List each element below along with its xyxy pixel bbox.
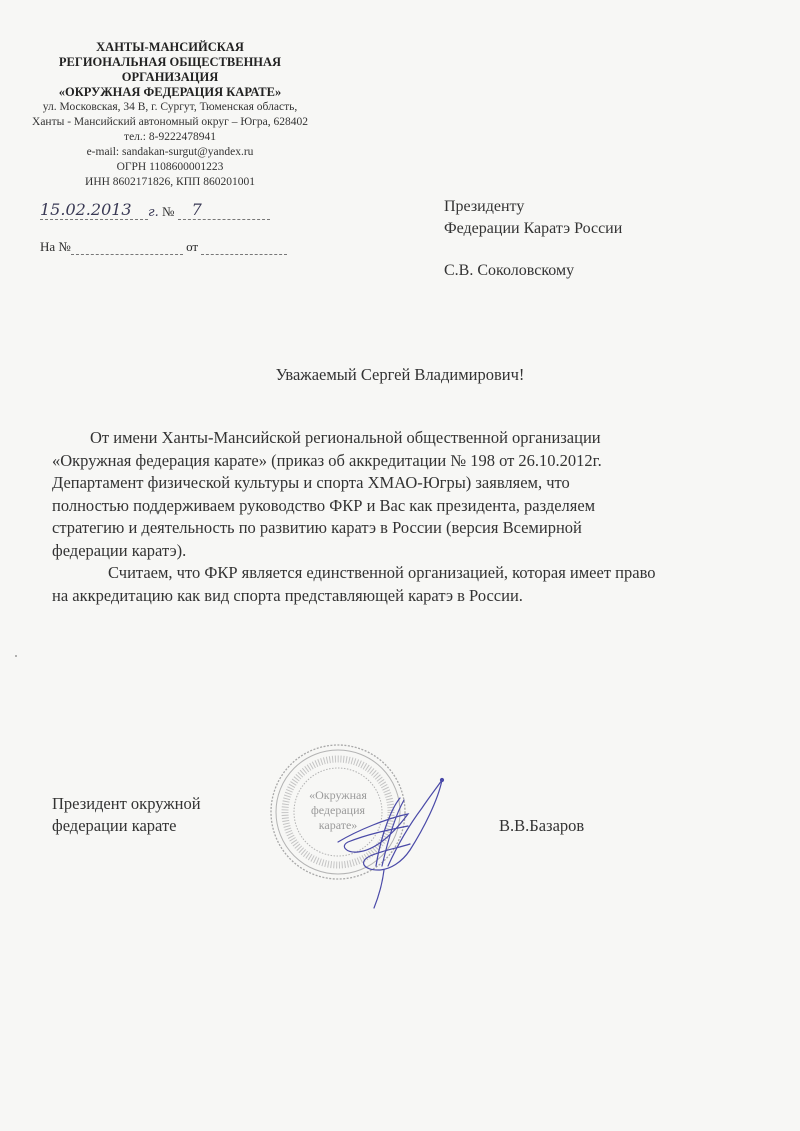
outgoing-number-field: 7 [178,200,270,220]
signatory-title: Президент окружной федерации карате [52,793,201,837]
body-line: От имени Ханты-Мансийской региональной о… [52,427,752,450]
body-line: на аккредитацию как вид спорта представл… [52,585,752,608]
outgoing-number: 7 [192,200,202,219]
org-name-line-1: ХАНТЫ-МАНСИЙСКАЯ [10,40,330,55]
incoming-number-label: На № [40,239,71,254]
year-suffix: г. [148,205,159,220]
recipient-name: С.В. Соколовскому [444,260,622,282]
phone: тел.: 8-9222478941 [10,130,330,145]
salutation: Уважаемый Сергей Владимирович! [0,365,800,385]
body-line: стратегию и деятельность по развитию кар… [52,517,752,540]
ogrn: ОГРН 1108600001223 [10,160,330,175]
outgoing-number-label: № [162,204,174,219]
incoming-from-label: от [186,239,198,254]
letterhead: ХАНТЫ-МАНСИЙСКАЯ РЕГИОНАЛЬНАЯ ОБЩЕСТВЕНН… [10,40,330,190]
recipient-position: Президенту [444,196,622,218]
body-line: федерации каратэ). [52,540,752,563]
scan-speck [15,655,17,657]
signatory-title-line-1: Президент окружной [52,793,201,815]
recipient-organization: Федерации Каратэ России [444,218,622,240]
outgoing-reference: 15.02.2013 г. № 7 [40,200,290,220]
address-line-2: Ханты - Мансийский автономный округ – Юг… [10,115,330,130]
body-line: Департамент физической культуры и спорта… [52,472,752,495]
signatory-name: В.В.Базаров [499,816,584,836]
signatory-title-line-2: федерации карате [52,815,201,837]
email: e-mail: sandakan-surgut@yandex.ru [10,145,330,160]
incoming-number-blank [71,238,183,255]
incoming-reference: На № от [40,238,287,255]
outgoing-date: 15.02.2013 [40,200,132,219]
org-name-line-2: РЕГИОНАЛЬНАЯ ОБЩЕСТВЕННАЯ [10,55,330,70]
body-line: «Окружная федерация карате» (приказ об а… [52,450,752,473]
letter-body: От имени Ханты-Мансийской региональной о… [52,427,752,607]
inn-kpp: ИНН 8602171826, КПП 860201001 [10,175,330,190]
org-name-line-4: «ОКРУЖНАЯ ФЕДЕРАЦИЯ КАРАТЕ» [10,85,330,100]
body-line: Считаем, что ФКР является единственной о… [52,562,752,585]
outgoing-date-field: 15.02.2013 [40,200,148,220]
address-line-1: ул. Московская, 34 В, г. Сургут, Тюменск… [10,100,330,115]
recipient-block: Президенту Федерации Каратэ России С.В. … [444,196,622,282]
handwritten-signature-icon [318,770,518,910]
incoming-date-blank [201,238,287,255]
org-name-line-3: ОРГАНИЗАЦИЯ [10,70,330,85]
body-line: полностью поддерживаем руководство ФКР и… [52,495,752,518]
